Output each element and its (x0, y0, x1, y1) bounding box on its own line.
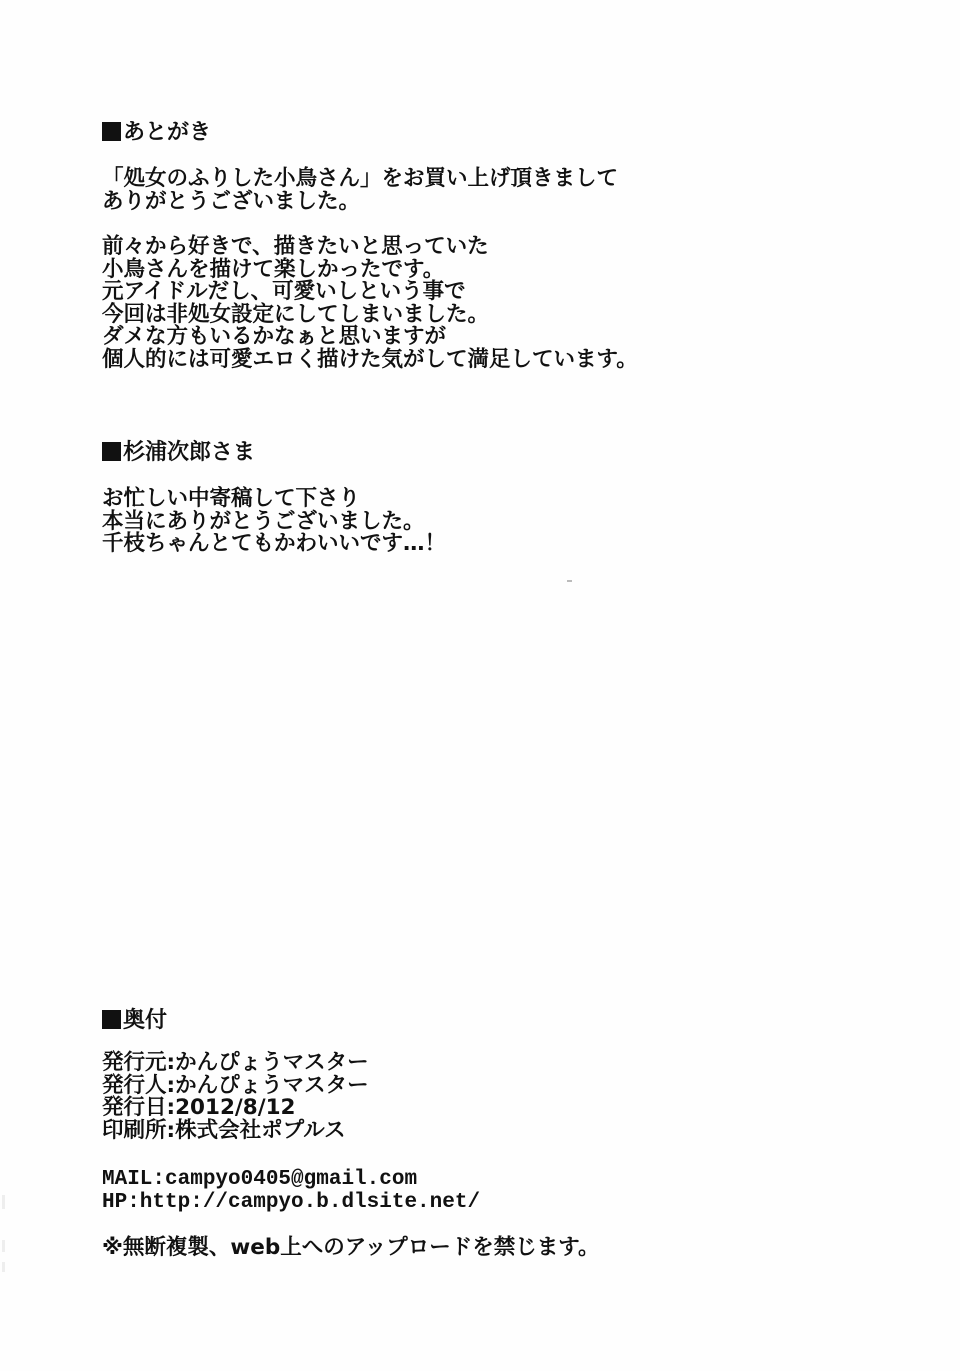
text-line: お忙しい中寄稿して下さり (102, 488, 446, 511)
document-page: あとがき 「処女のふりした小鳥さん」をお買い上げ頂きまして ありがとうございまし… (0, 0, 960, 1371)
guest-heading-text: 杉浦次郎さま (123, 440, 255, 465)
printer-row: 印刷所:株式会社ポプルス (102, 1120, 369, 1143)
publisher-row: 発行元:かんぴょうマスター (102, 1052, 369, 1075)
text-line: 今回は非処女設定にしてしまいました。 (102, 304, 638, 327)
text-line: 前々から好きで、描きたいと思っていた (102, 236, 638, 259)
afterword-paragraph-2: 前々から好きで、描きたいと思っていた 小鳥さんを描けて楽しかったです。 元アイド… (102, 236, 638, 371)
guest-paragraph: お忙しい中寄稿して下さり 本当にありがとうございました。 千枝ちゃんとてもかわい… (102, 488, 446, 556)
text-line: 元アイドルだし、可愛いしという事で (102, 281, 638, 304)
colophon-details: 発行元:かんぴょうマスター 発行人:かんぴょうマスター 発行日:2012/8/1… (102, 1052, 369, 1142)
colophon-heading-text: 奥付 (123, 1008, 167, 1033)
issuer-row: 発行人:かんぴょうマスター (102, 1075, 369, 1098)
scan-edge-mark (2, 1262, 5, 1272)
square-bullet-icon (102, 1010, 121, 1029)
colophon-heading: 奥付 (102, 1008, 167, 1034)
colophon-contact: MAIL:campyo0405@gmail.com HP:http://camp… (102, 1168, 480, 1214)
afterword-heading-text: あとがき (123, 120, 211, 145)
mail-row: MAIL:campyo0405@gmail.com (102, 1168, 480, 1191)
text-line: ありがとうございました。 (102, 191, 618, 214)
text-line: 千枝ちゃんとてもかわいいです…！ (102, 533, 446, 556)
text-line: 小鳥さんを描けて楽しかったです。 (102, 259, 638, 282)
text-line: 「処女のふりした小鳥さん」をお買い上げ頂きまして (102, 168, 618, 191)
publish-date-row: 発行日:2012/8/12 (102, 1097, 369, 1120)
scan-edge-mark (2, 1240, 5, 1252)
afterword-heading: あとがき (102, 120, 211, 146)
afterword-paragraph-1: 「処女のふりした小鳥さん」をお買い上げ頂きまして ありがとうございました。 (102, 168, 618, 213)
scan-edge-mark (2, 1195, 5, 1209)
guest-heading: 杉浦次郎さま (102, 440, 255, 466)
square-bullet-icon (102, 122, 121, 141)
text-line: 個人的には可愛エロく描けた気がして満足しています。 (102, 349, 638, 372)
homepage-row: HP:http://campyo.b.dlsite.net/ (102, 1191, 480, 1214)
copyright-notice: ※無断複製、web上へのアップロードを禁じます。 (102, 1237, 600, 1260)
text-line: 本当にありがとうございました。 (102, 511, 446, 534)
square-bullet-icon (102, 442, 121, 461)
text-line: ダメな方もいるかなぁと思いますが (102, 326, 638, 349)
scan-speck (567, 580, 572, 582)
